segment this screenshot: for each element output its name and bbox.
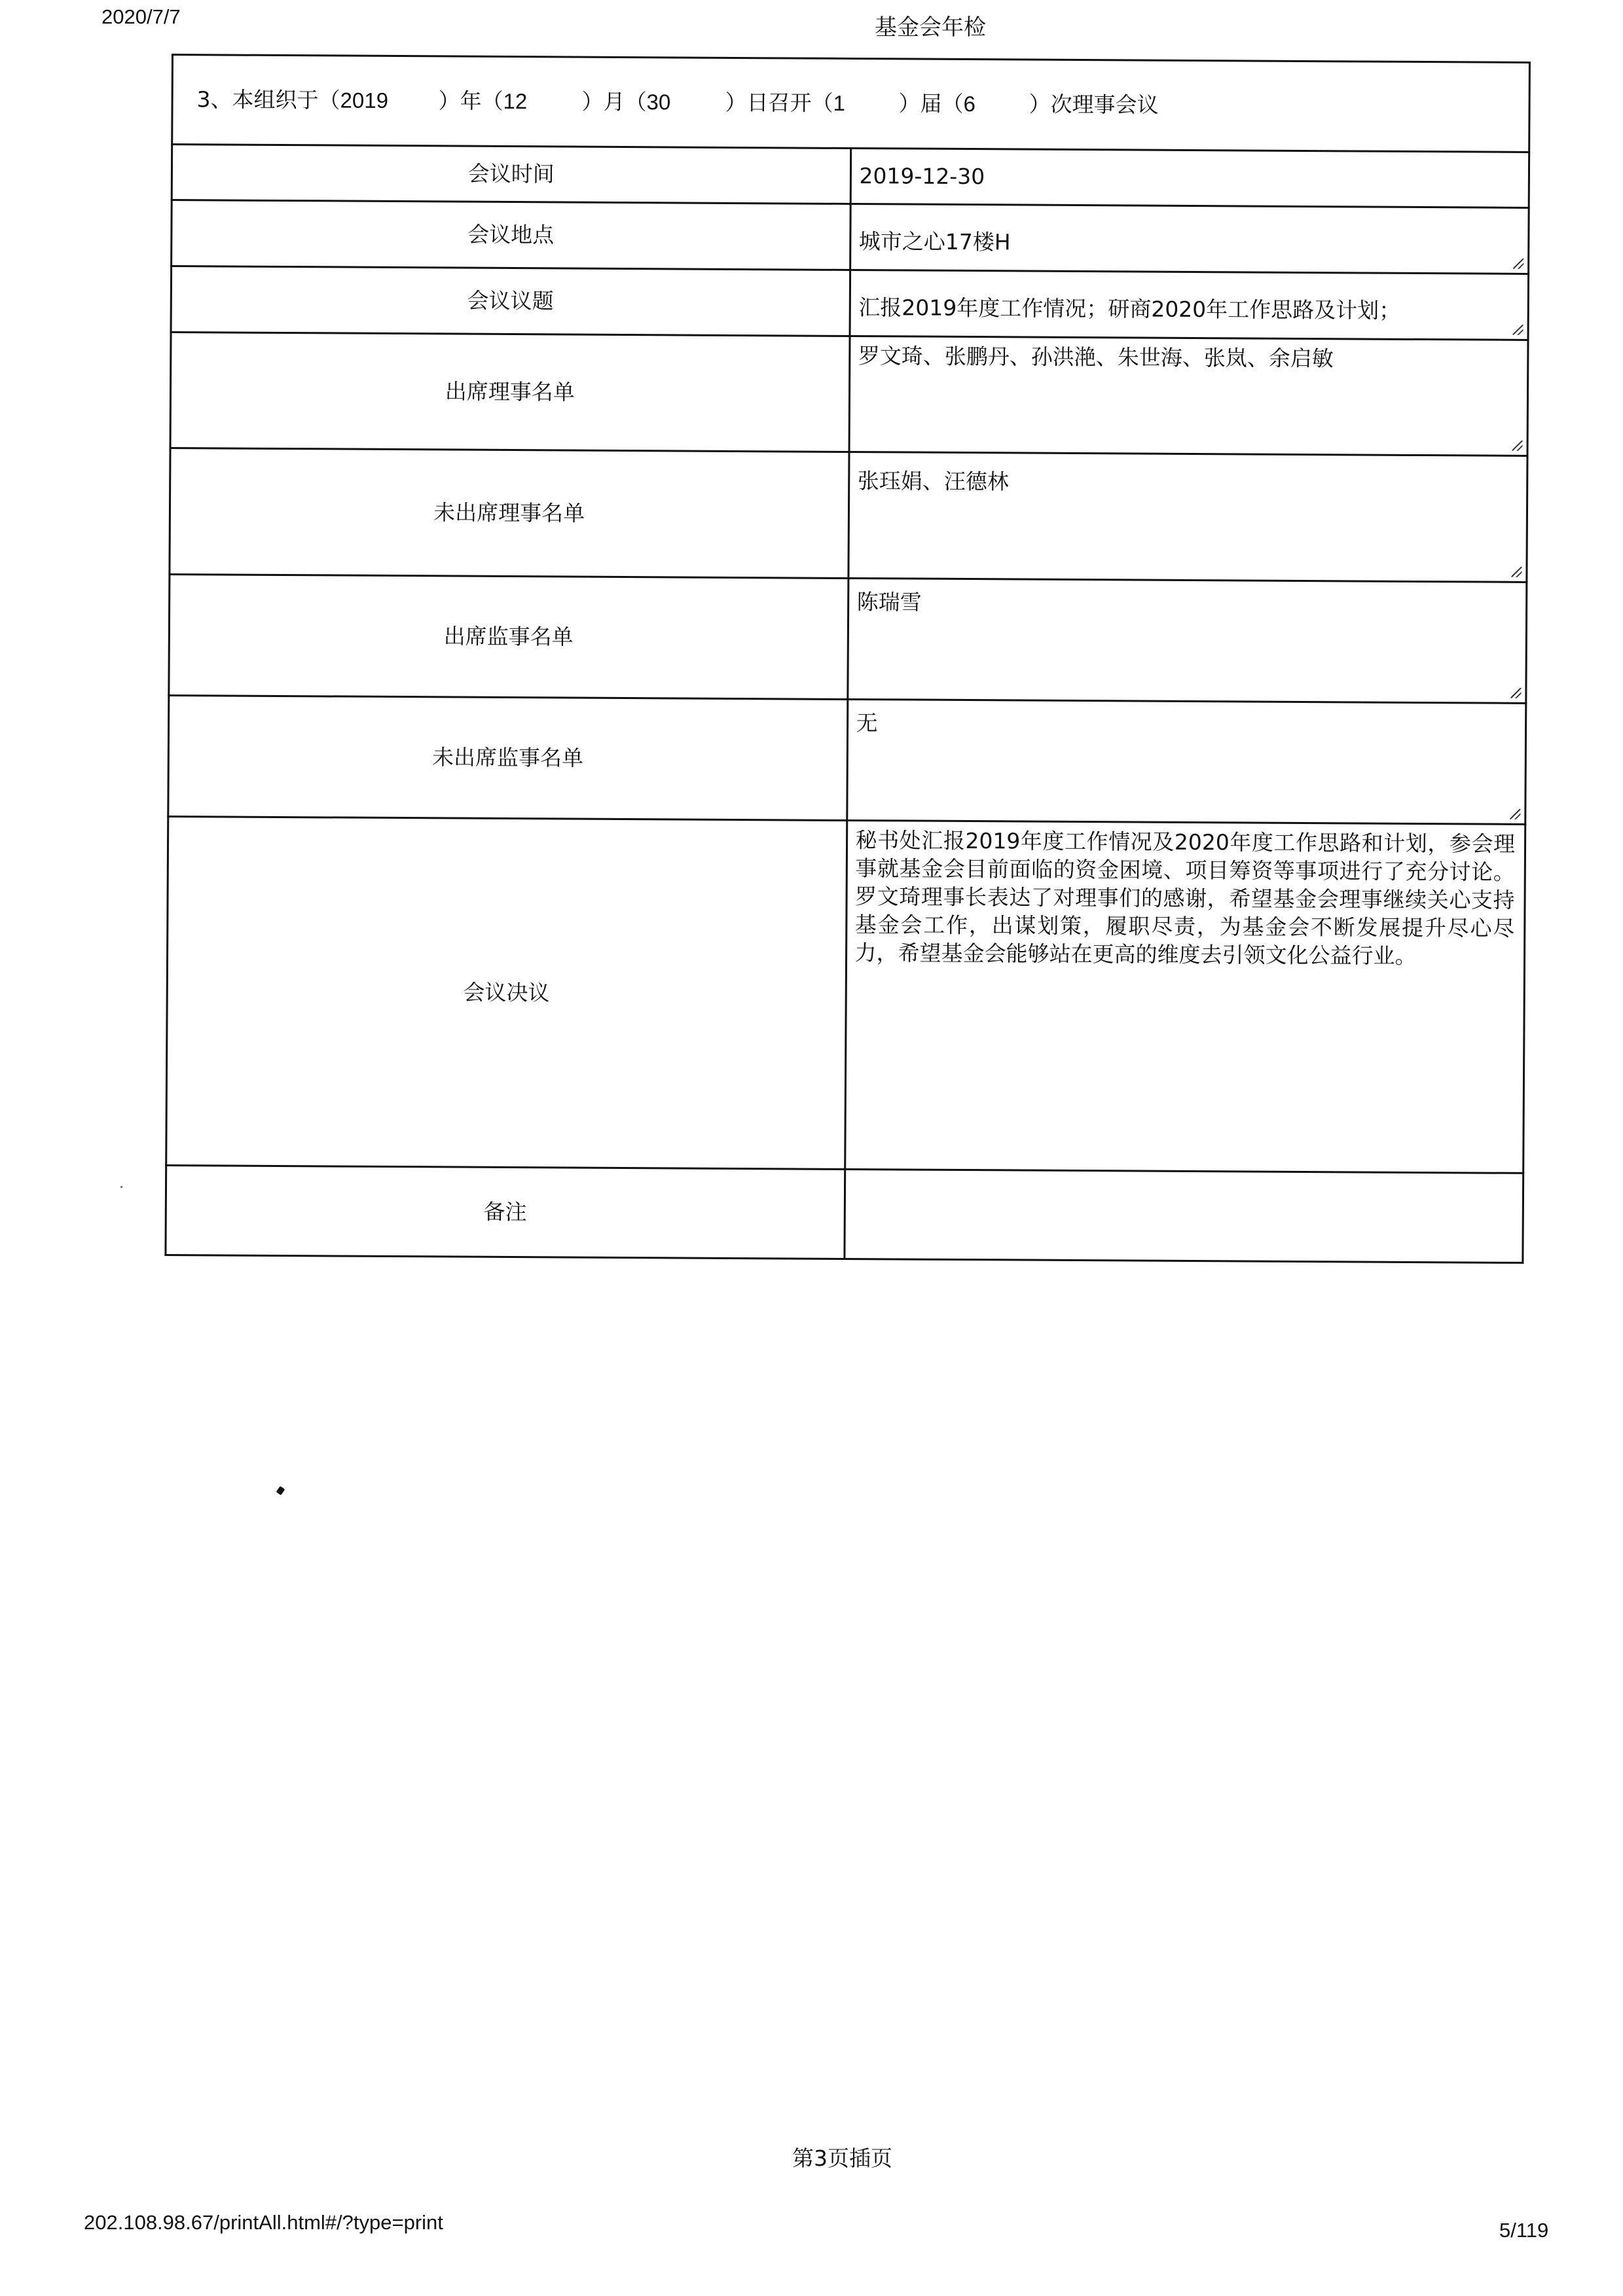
meeting-session: 1 (833, 89, 898, 117)
row-meeting-location: 会议地点 城市之心17楼H (172, 200, 1529, 274)
resize-grip-icon (1512, 440, 1523, 451)
row-meeting-topic: 会议议题 汇报2019年度工作情况；研商2020年工作思路及计划； (171, 266, 1529, 340)
label-resolution: 会议决议 (166, 816, 847, 1169)
value-absent-directors: 张珏娟、汪德林 (848, 452, 1527, 582)
resize-grip-icon (1513, 259, 1523, 269)
row-meeting-time: 会议时间 2019-12-30 (172, 145, 1529, 208)
value-meeting-topic: 汇报2019年度工作情况；研商2020年工作思路及计划； (850, 270, 1529, 340)
label-meeting-time: 会议时间 (172, 145, 850, 204)
value-attending-directors: 罗文琦、张鹏丹、孙洪滟、朱世海、张岚、余启敏 (849, 336, 1529, 456)
scan-speck (276, 1486, 285, 1495)
meeting-count: 6 (963, 90, 1029, 118)
print-title: 基金会年检 (875, 9, 986, 41)
scan-speck (120, 1186, 122, 1188)
row-resolution: 会议决议 秘书处汇报2019年度工作情况及2020年度工作思路和计划，参会理事就… (166, 816, 1525, 1173)
label-attending-directors: 出席理事名单 (170, 332, 850, 452)
print-date: 2020/7/7 (101, 5, 181, 29)
value-meeting-time: 2019-12-30 (850, 148, 1529, 207)
row-absent-supervisors: 未出席监事名单 无 (168, 695, 1526, 824)
value-resolution: 秘书处汇报2019年度工作情况及2020年度工作思路和计划，参会理事就基金会目前… (845, 820, 1525, 1173)
meeting-day: 30 (646, 88, 725, 117)
row-absent-directors: 未出席理事名单 张珏娟、汪德林 (170, 448, 1527, 582)
resize-grip-icon (1513, 325, 1523, 335)
resize-grip-icon (1510, 809, 1520, 819)
print-url: 202.108.98.67/printAll.html#/?type=print (84, 2211, 443, 2234)
meeting-year: 2019 (340, 86, 438, 115)
label-meeting-topic: 会议议题 (171, 266, 850, 336)
label-remarks: 备注 (166, 1165, 845, 1259)
row-remarks: 备注 (166, 1165, 1523, 1263)
page-number: 5/119 (1499, 2219, 1548, 2242)
insert-page-label: 第3页插页 (792, 2142, 892, 2172)
board-meeting-table: 3、本组织于（2019）年（12）月（30）日召开（1）届（6）次理事会议 会议… (164, 54, 1531, 1264)
row-attending-supervisors: 出席监事名单 陈瑞雪 (169, 574, 1527, 703)
label-absent-supervisors: 未出席监事名单 (168, 695, 848, 820)
value-remarks (844, 1169, 1523, 1263)
meeting-header-row: 3、本组织于（2019）年（12）月（30）日召开（1）届（6）次理事会议 (172, 55, 1530, 152)
value-absent-supervisors: 无 (847, 699, 1526, 824)
meeting-month: 12 (503, 87, 581, 116)
label-attending-supervisors: 出席监事名单 (169, 574, 848, 699)
meeting-header: 3、本组织于（2019）年（12）月（30）日召开（1）届（6）次理事会议 (172, 55, 1530, 152)
label-absent-directors: 未出席理事名单 (170, 448, 849, 578)
header-prefix: 3、本组织于 (196, 86, 318, 115)
value-attending-supervisors: 陈瑞雪 (847, 578, 1527, 703)
resize-grip-icon (1511, 567, 1522, 577)
value-meeting-location: 城市之心17楼H (850, 204, 1529, 274)
row-attending-directors: 出席理事名单 罗文琦、张鹏丹、孙洪滟、朱世海、张岚、余启敏 (170, 332, 1528, 456)
label-meeting-location: 会议地点 (172, 200, 850, 270)
resize-grip-icon (1510, 688, 1521, 698)
